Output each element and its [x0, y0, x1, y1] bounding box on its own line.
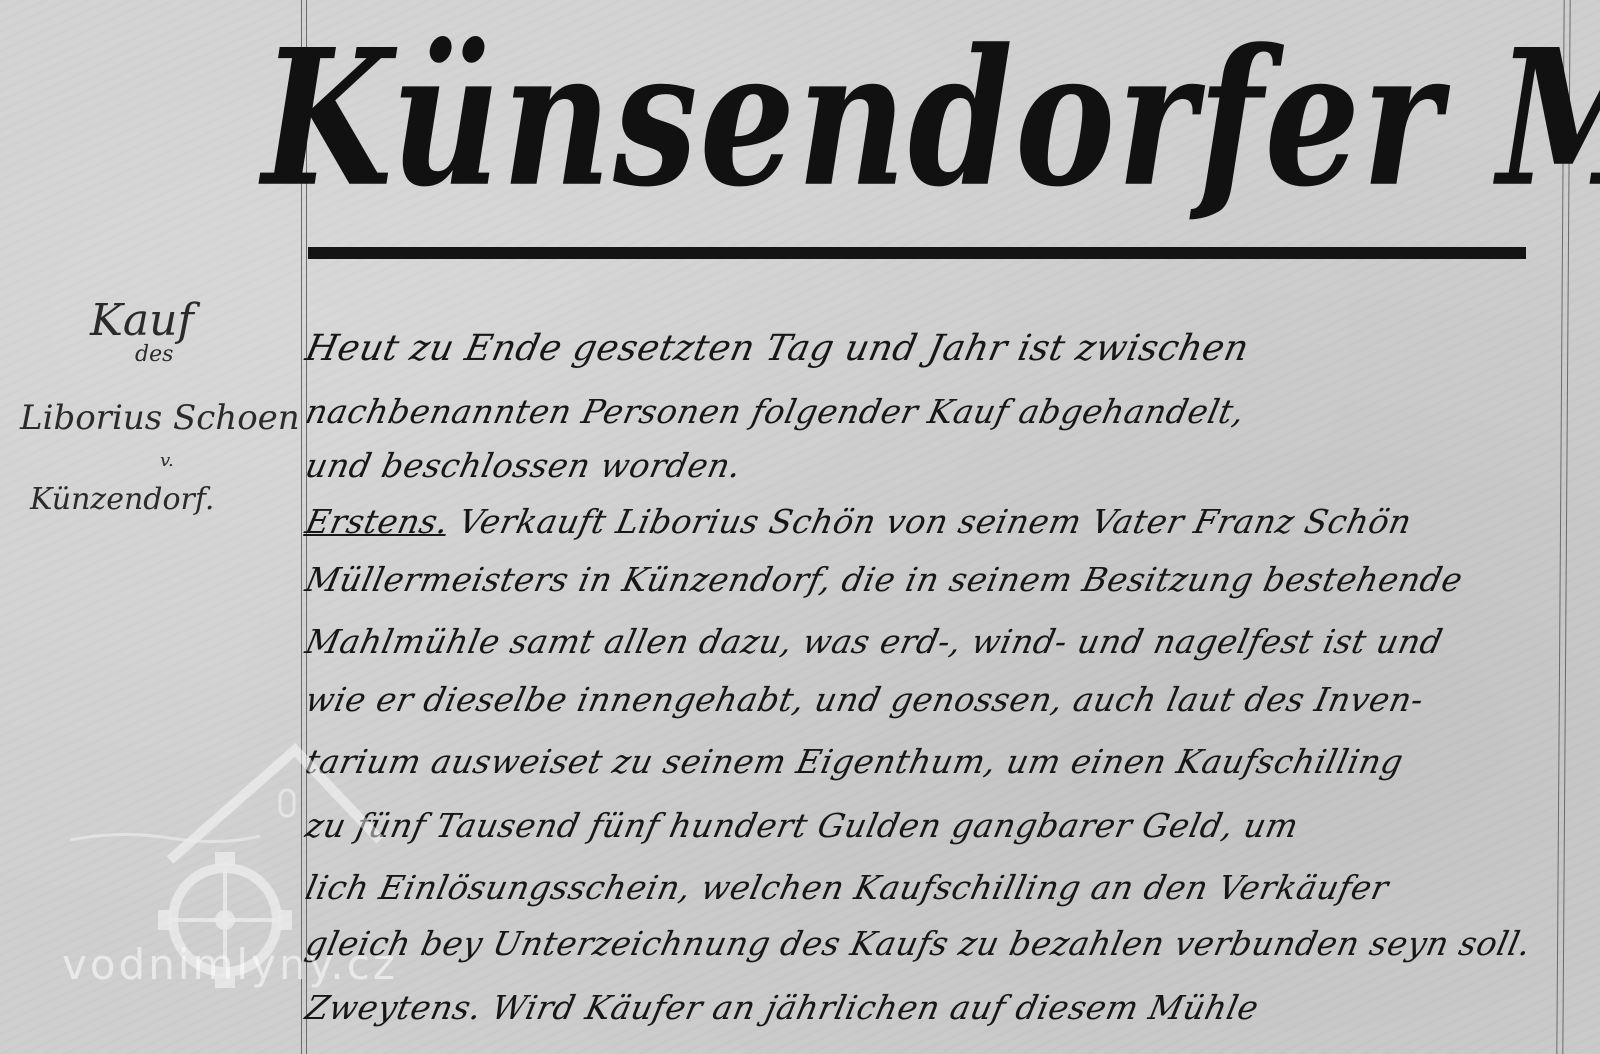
text-line: wie er dieselbe innengehabt, und genosse… — [302, 680, 1427, 719]
title-underline — [308, 247, 1526, 259]
text-line: tarium ausweiset zu seinem Eigenthum, um… — [302, 742, 1407, 781]
watermark-text: vodnimlyny.cz — [62, 940, 398, 989]
margin-note-line: v. — [160, 450, 174, 471]
margin-note-line: Liborius Schoen — [20, 398, 300, 438]
text-line: lich Einlösungsschein, welchen Kaufschil… — [302, 868, 1392, 907]
section-heading-erstens: Erstens. — [302, 502, 453, 541]
text-line: Heut zu Ende gesetzten Tag und Jahr ist … — [302, 328, 1253, 369]
margin-note-line: Kauf — [90, 295, 194, 346]
text-line: Müllermeisters in Künzendorf, die in sei… — [302, 560, 1466, 599]
section-heading-zweytens: Zweytens. — [302, 988, 486, 1027]
margin-note-line: Künzendorf. — [30, 482, 214, 517]
text-line: Zweytens. Wird Käufer an jährlichen auf … — [302, 988, 1262, 1027]
text-span: Verkauft Liborius Schön von seinem Vater… — [444, 502, 1415, 541]
text-line: Erstens. Verkauft Liborius Schön von sei… — [302, 502, 1415, 541]
text-line: und beschlossen worden. — [302, 446, 745, 485]
text-line: zu fünf Tausend fünf hundert Gulden gang… — [302, 806, 1302, 845]
text-line: nachbenannten Personen folgender Kauf ab… — [302, 392, 1248, 431]
text-span: Wird Käufer an jährlichen auf diesem Müh… — [477, 988, 1262, 1027]
document-title: Künsendorfer Mühle — [262, 0, 1382, 250]
text-line: gleich bey Unterzeichnung des Kaufs zu b… — [302, 924, 1535, 963]
text-line: Mahlmühle samt allen dazu, was erd-, win… — [302, 622, 1446, 661]
margin-note-line: des — [135, 342, 173, 367]
